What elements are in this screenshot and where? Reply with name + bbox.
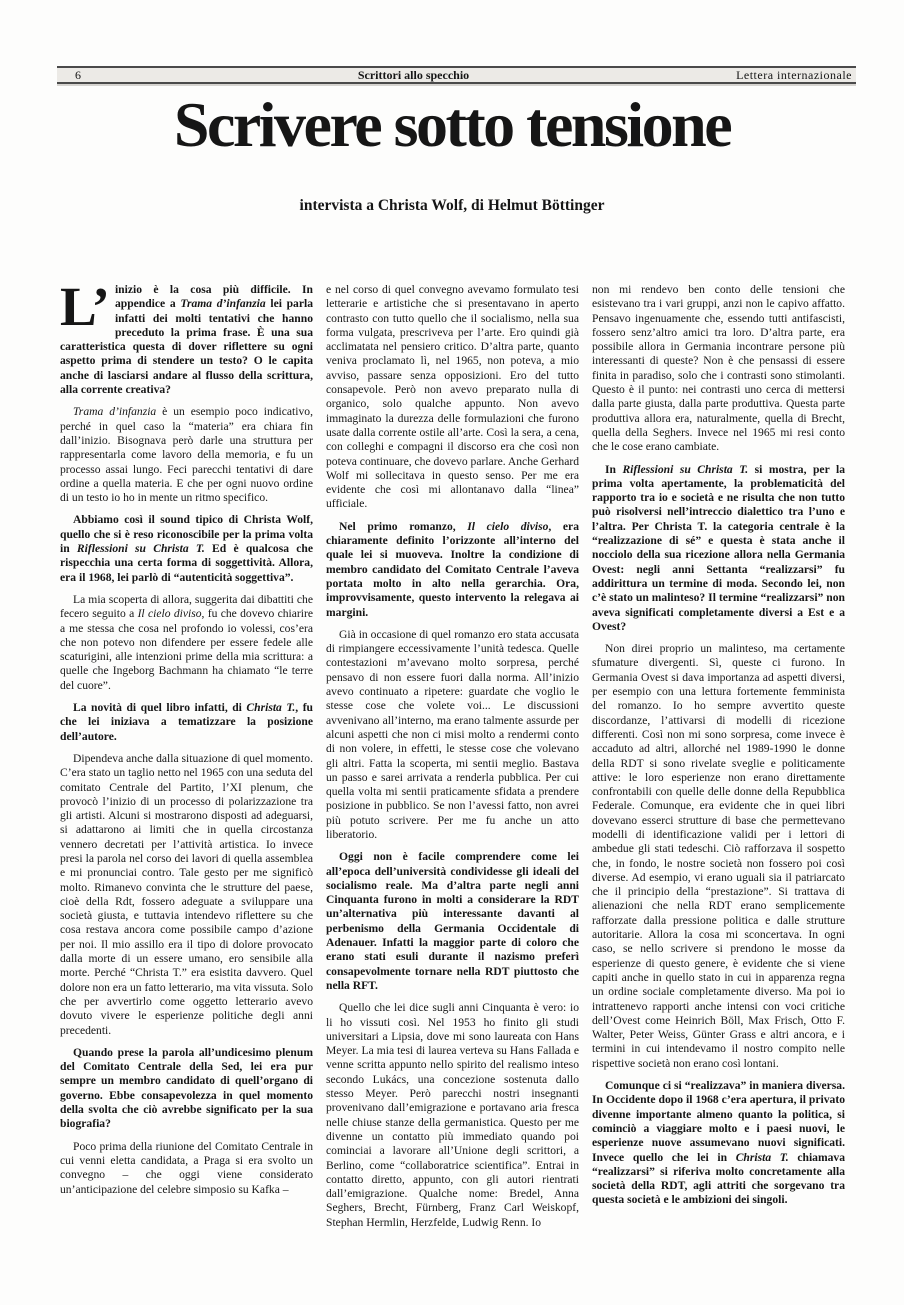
text-run: Quello che lei dice sugli anni Cinquanta… — [326, 1001, 579, 1228]
article-column-2: e nel corso di quel convegno avevamo for… — [326, 283, 579, 1301]
drop-cap: L’ — [60, 283, 115, 329]
article-title: Scrivere sotto tensione — [0, 90, 904, 160]
text-run: In — [605, 463, 622, 476]
section-title: Scrittori allo specchio — [165, 68, 662, 82]
interview-question: La novità di quel libro infatti, di Chri… — [60, 701, 313, 744]
text-run: Quando prese la parola all’undicesimo pl… — [60, 1046, 313, 1130]
italic-text-run: Christa T. — [246, 701, 295, 714]
interview-question: Nel primo romanzo, Il cielo diviso, era … — [326, 520, 579, 620]
interview-question: Abbiamo così il sound tipico di Christa … — [60, 513, 313, 584]
interview-question: Quando prese la parola all’undicesimo pl… — [60, 1046, 313, 1132]
text-run: Dipendeva anche dalla situazione di quel… — [60, 752, 313, 1037]
page-header: 6 Scrittori allo specchio Lettera intern… — [57, 66, 856, 84]
interview-answer: Non direi proprio un malinteso, ma certa… — [592, 642, 845, 1071]
interview-question: Comunque ci si “realizzava” in maniera d… — [592, 1079, 845, 1208]
interview-answer: non mi rendevo ben conto delle tensioni … — [592, 283, 845, 455]
text-run: e nel corso di quel convegno avevamo for… — [326, 283, 579, 510]
interview-answer: Già in occasione di quel romanzo ero sta… — [326, 628, 579, 842]
italic-text-run: Riflessioni su Christa T. — [622, 463, 748, 476]
italic-text-run: Christa T. — [736, 1151, 789, 1164]
italic-text-run: Trama d’infanzia — [73, 405, 156, 418]
page-number: 6 — [57, 68, 165, 82]
italic-text-run: Trama d’infanzia — [180, 297, 265, 310]
article-column-1: L’inizio è la cosa più difficile. In app… — [60, 283, 313, 1301]
interview-answer: Trama d’infanzia è un esempio poco indic… — [60, 405, 313, 505]
interview-question: L’inizio è la cosa più difficile. In app… — [60, 283, 313, 397]
magazine-page: 6 Scrittori allo specchio Lettera intern… — [0, 0, 904, 1305]
interview-question: Oggi non è facile comprendere come lei a… — [326, 850, 579, 993]
interview-answer: e nel corso di quel convegno avevamo for… — [326, 283, 579, 512]
interview-answer: Quello che lei dice sugli anni Cinquanta… — [326, 1001, 579, 1230]
text-run: Oggi non è facile comprendere come lei a… — [326, 850, 579, 992]
publication-name: Lettera internazionale — [662, 68, 856, 82]
article-columns: L’inizio è la cosa più difficile. In app… — [60, 283, 845, 1301]
article-subtitle: intervista a Christa Wolf, di Helmut Böt… — [0, 197, 904, 215]
italic-text-run: Il cielo diviso — [467, 520, 548, 533]
text-run: si mostra, per la prima volta apertament… — [592, 463, 845, 633]
italic-text-run: Il cielo diviso — [138, 607, 202, 620]
text-run: Già in occasione di quel romanzo ero sta… — [326, 628, 579, 841]
interview-answer: La mia scoperta di allora, suggerita dai… — [60, 593, 313, 693]
interview-question: In Riflessioni su Christa T. si mostra, … — [592, 463, 845, 635]
text-run: Nel primo romanzo, — [339, 520, 467, 533]
text-run: non mi rendevo ben conto delle tensioni … — [592, 283, 845, 453]
text-run: , era chiaramente definito l’orizzonte a… — [326, 520, 579, 619]
interview-answer: Dipendeva anche dalla situazione di quel… — [60, 752, 313, 1038]
italic-text-run: Riflessioni su Christa T. — [77, 542, 205, 555]
text-run: Poco prima della riunione del Comitato C… — [60, 1140, 313, 1196]
article-column-3: non mi rendevo ben conto delle tensioni … — [592, 283, 845, 1301]
interview-answer: Poco prima della riunione del Comitato C… — [60, 1140, 313, 1197]
text-run: La novità di quel libro infatti, di — [73, 701, 246, 714]
text-run: è un esempio poco indicativo, perché in … — [60, 405, 313, 504]
text-run: Non direi proprio un malinteso, ma certa… — [592, 642, 845, 1070]
